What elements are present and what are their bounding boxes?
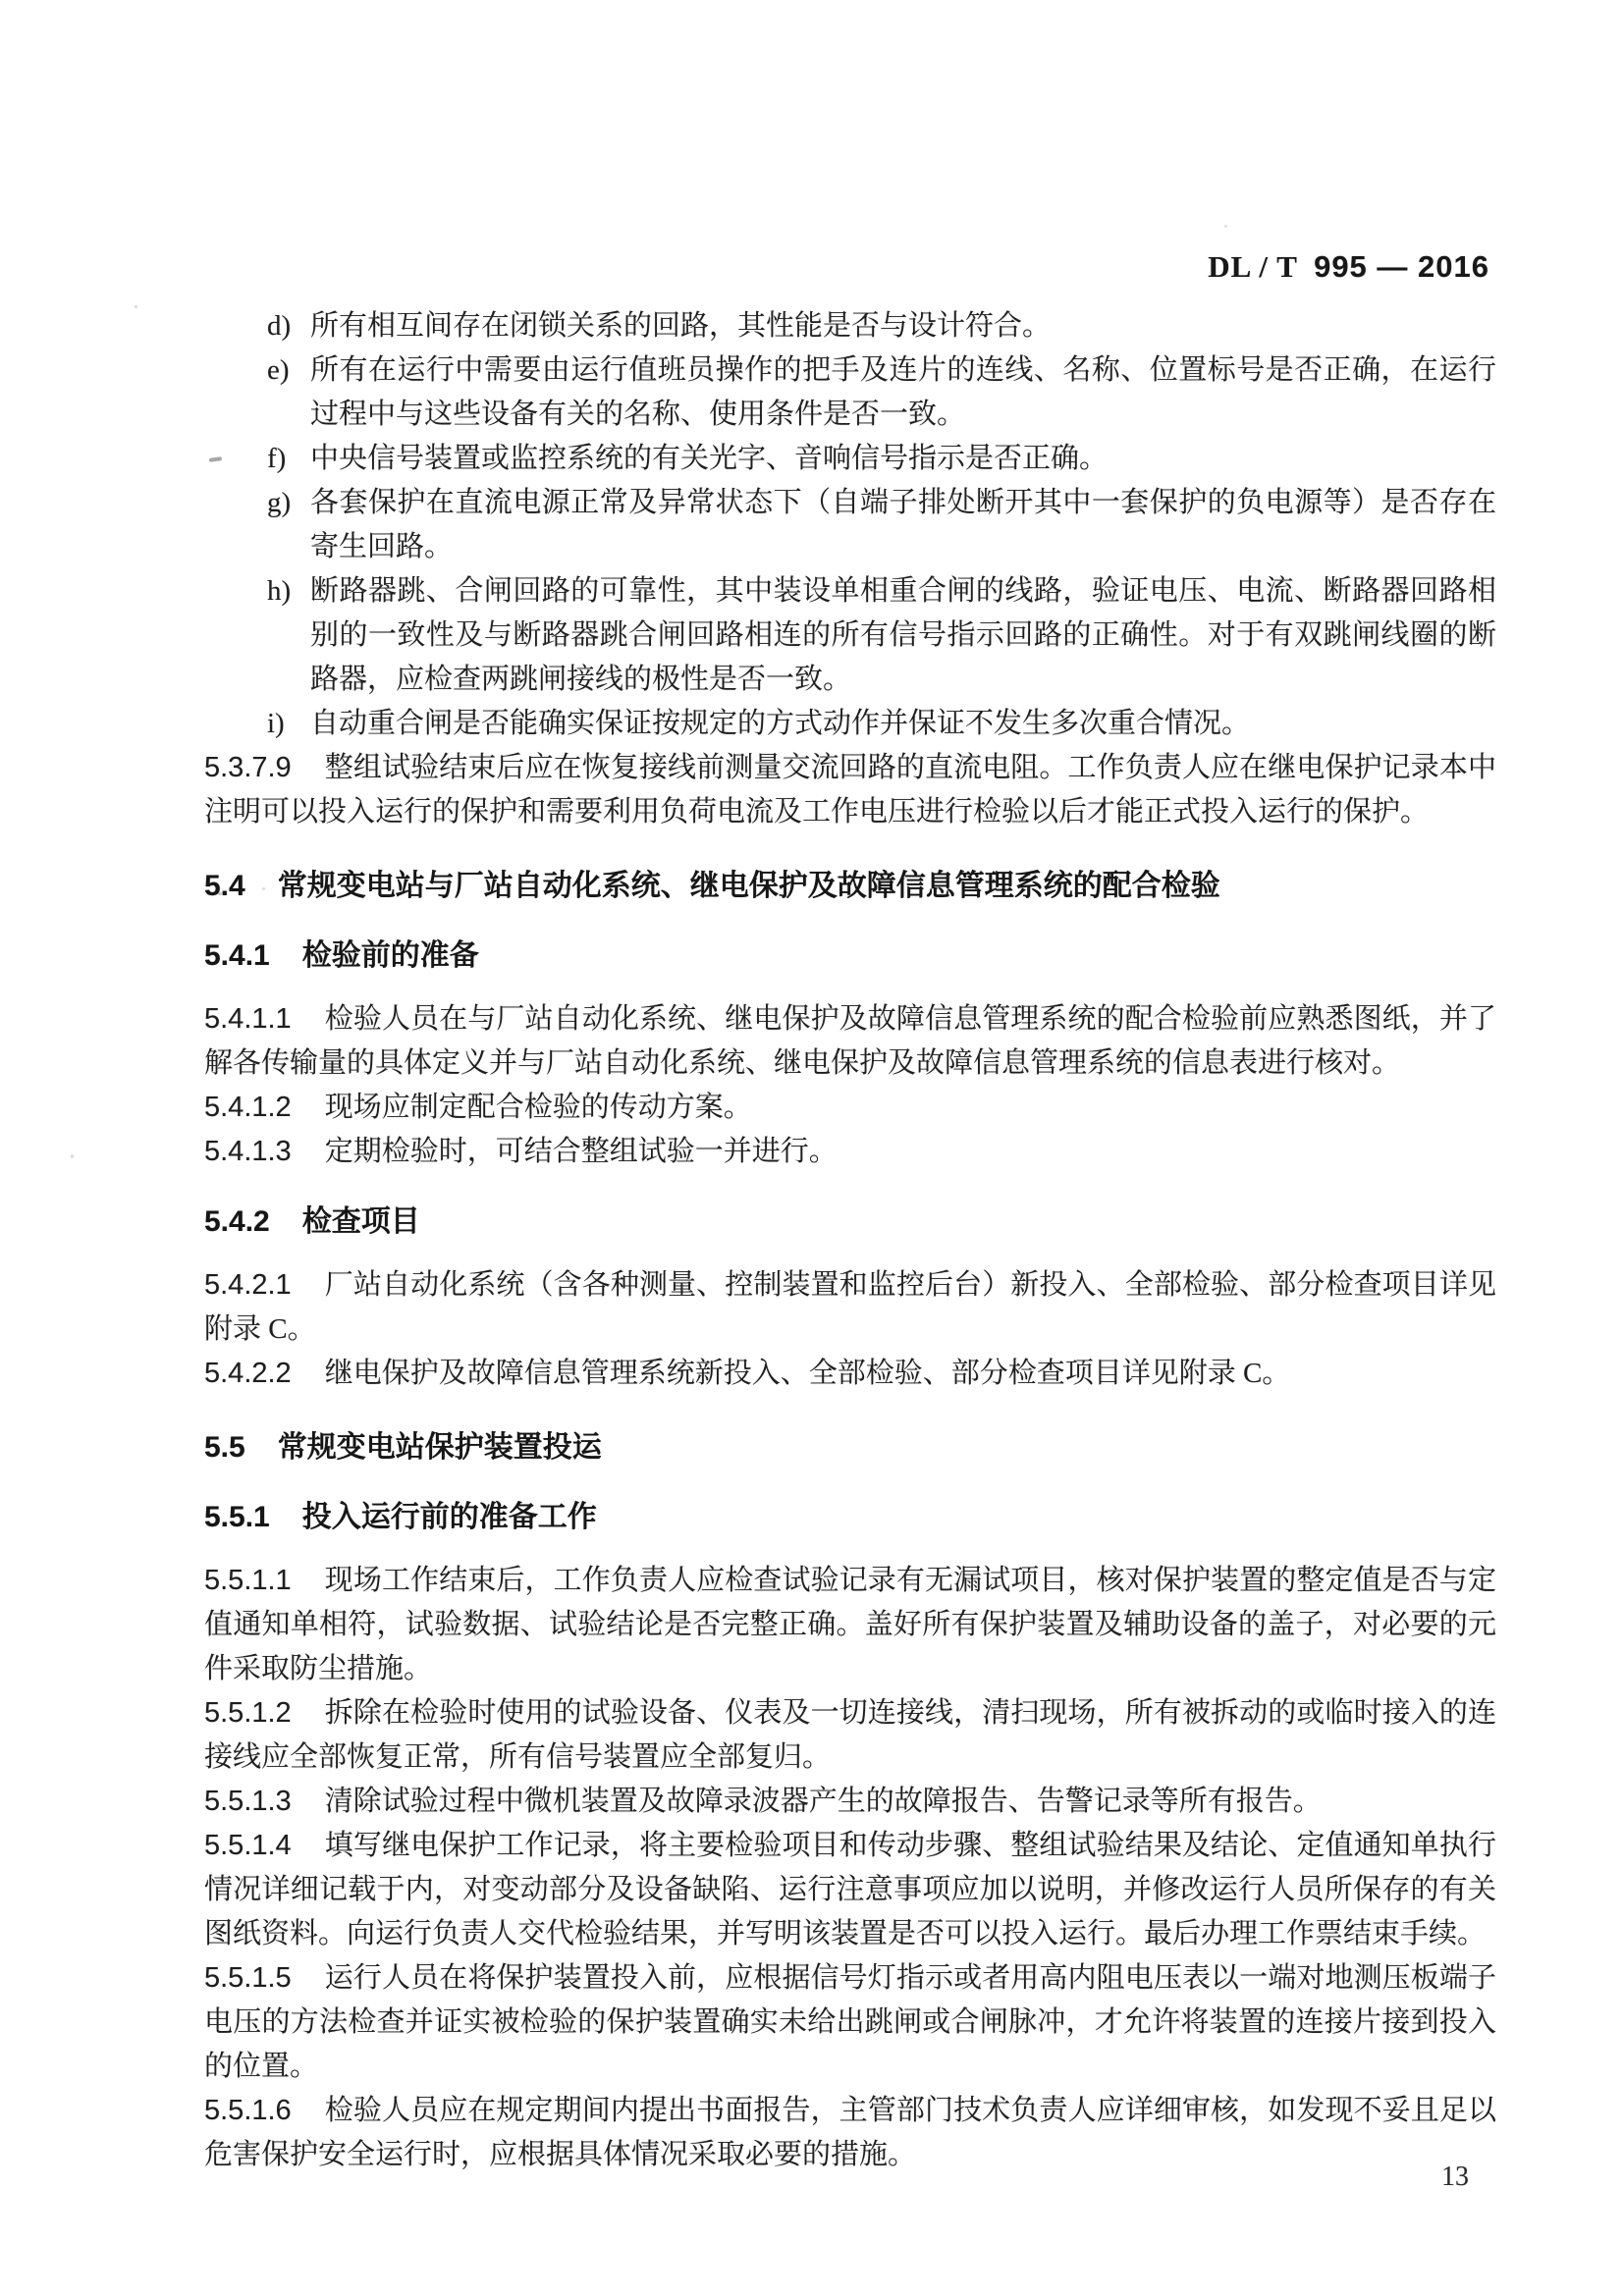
scan-speck (135, 305, 137, 308)
list-item-label: f) (267, 437, 310, 481)
scan-speck (71, 1154, 74, 1158)
heading-number: 5.4.1 (204, 939, 270, 972)
list-item-text: 所有相互间存在闭锁关系的回路，其性能是否与设计符合。 (310, 310, 1051, 342)
heading-title: 投入运行前的准备工作 (302, 1501, 597, 1533)
page-body: d) 所有相互间存在闭锁关系的回路，其性能是否与设计符合。 e) 所有在运行中需… (204, 304, 1496, 2177)
clause-number: 5.4.2.2 (204, 1358, 292, 1389)
list-item-text: 断路器跳、合闸回路的可靠性，其中装设单相重合闸的线路，验证电压、电流、断路器回路… (310, 575, 1496, 695)
clause-number: 5.5.1.6 (204, 2095, 292, 2126)
heading-title: 检验前的准备 (302, 939, 479, 972)
list-item-h: h) 断路器跳、合闸回路的可靠性，其中装设单相重合闸的线路，验证电压、电流、断路… (204, 569, 1496, 702)
page-number: 13 (1441, 2162, 1469, 2193)
section-heading-5-4: 5.4常规变电站与厂站自动化系统、继电保护及故障信息管理系统的配合检验 (204, 864, 1496, 908)
clause-5-4-2-1: 5.4.2.1厂站自动化系统（含各种测量、控制装置和监控后台）新投入、全部检验、… (204, 1263, 1496, 1352)
standard-code-prefix: DL / T (1208, 249, 1297, 284)
list-item-i: i) 自动重合闸是否能确实保证按规定的方式动作并保证不发生多次重合情况。 (204, 702, 1496, 746)
heading-title: 检查项目 (302, 1205, 420, 1238)
section-heading-5-4-1: 5.4.1检验前的准备 (204, 934, 1496, 978)
list-item-g: g) 各套保护在直流电源正常及异常状态下（自端子排处断开其中一套保护的负电源等）… (204, 481, 1496, 569)
clause-5-5-1-3: 5.5.1.3清除试验过程中微机装置及故障录波器产生的故障报告、告警记录等所有报… (204, 1780, 1496, 1824)
clause-number: 5.4.1.2 (204, 1092, 292, 1123)
clause-5-5-1-2: 5.5.1.2拆除在检验时使用的试验设备、仪表及一切连接线，清扫现场，所有被拆动… (204, 1691, 1496, 1780)
section-heading-5-4-2: 5.4.2检查项目 (204, 1200, 1496, 1244)
list-item-text: 各套保护在直流电源正常及异常状态下（自端子排处断开其中一套保护的负电源等）是否存… (310, 487, 1496, 562)
clause-text: 现场应制定配合检验的传动方案。 (325, 1092, 752, 1123)
list-item-e: e) 所有在运行中需要由运行值班员操作的把手及连片的连线、名称、位置标号是否正确… (204, 348, 1496, 437)
heading-title: 常规变电站保护装置投运 (278, 1431, 602, 1464)
clause-5-4-1-3: 5.4.1.3定期检验时，可结合整组试验一并进行。 (204, 1130, 1496, 1174)
scan-speck (1224, 225, 1227, 228)
list-item-text: 中央信号装置或监控系统的有关光字、音响信号指示是否正确。 (310, 443, 1108, 474)
clause-number: 5.4.1.3 (204, 1136, 292, 1167)
list-item-f: f) 中央信号装置或监控系统的有关光字、音响信号指示是否正确。 (204, 437, 1496, 481)
clause-5-5-1-5: 5.5.1.5运行人员在将保护装置投入前，应根据信号灯指示或者用高内阻电压表以一… (204, 1956, 1496, 2089)
list-item-label: d) (267, 304, 310, 348)
clause-text: 厂站自动化系统（含各种测量、控制装置和监控后台）新投入、全部检验、部分检查项目详… (204, 1269, 1496, 1345)
clause-text: 拆除在检验时使用的试验设备、仪表及一切连接线，清扫现场，所有被拆动的或临时接入的… (204, 1697, 1496, 1773)
list-item-label: h) (267, 569, 310, 614)
clause-number: 5.4.1.1 (204, 1003, 292, 1035)
clause-5-5-1-1: 5.5.1.1现场工作结束后，工作负责人应检查试验记录有无漏试项目，核对保护装置… (204, 1559, 1496, 1691)
clause-text: 现场工作结束后，工作负责人应检查试验记录有无漏试项目，核对保护装置的整定值是否与… (204, 1565, 1496, 1684)
heading-number: 5.4.2 (204, 1205, 270, 1238)
clause-number: 5.5.1.4 (204, 1830, 292, 1861)
clause-5-4-2-2: 5.4.2.2继电保护及故障信息管理系统新投入、全部检验、部分检查项目详见附录 … (204, 1352, 1496, 1396)
heading-number: 5.5 (204, 1431, 245, 1464)
clause-text: 运行人员在将保护装置投入前，应根据信号灯指示或者用高内阻电压表以一端对地测压板端… (204, 1962, 1496, 2082)
list-item-label: g) (267, 481, 310, 525)
clause-number: 5.5.1.5 (204, 1962, 292, 1994)
heading-number: 5.4 (204, 870, 245, 902)
standard-code-number: 995 — 2016 (1314, 249, 1489, 284)
clause-number: 5.3.7.9 (204, 752, 292, 783)
clause-text: 继电保护及故障信息管理系统新投入、全部检验、部分检查项目详见附录 C。 (325, 1358, 1291, 1389)
standard-code-header: DL / T 995 — 2016 (1208, 249, 1489, 285)
clause-text: 填写继电保护工作记录，将主要检验项目和传动步骤、整组试验结果及结论、定值通知单执… (204, 1830, 1496, 1949)
clause-text: 检验人员在与厂站自动化系统、继电保护及故障信息管理系统的配合检验前应熟悉图纸，并… (204, 1003, 1496, 1079)
clause-5-4-1-2: 5.4.1.2现场应制定配合检验的传动方案。 (204, 1086, 1496, 1130)
list-item-label: e) (267, 348, 310, 393)
list-item-text: 所有在运行中需要由运行值班员操作的把手及连片的连线、名称、位置标号是否正确，在运… (310, 354, 1496, 430)
scan-speck (262, 887, 265, 890)
section-heading-5-5: 5.5常规变电站保护装置投运 (204, 1425, 1496, 1469)
clause-number: 5.5.1.2 (204, 1697, 292, 1729)
heading-title: 常规变电站与厂站自动化系统、继电保护及故障信息管理系统的配合检验 (278, 870, 1220, 902)
clause-5-3-7-9: 5.3.7.9整组试验结束后应在恢复接线前测量交流回路的直流电阻。工作负责人应在… (204, 746, 1496, 834)
document-page: DL / T 995 — 2016 d) 所有相互间存在闭锁关系的回路，其性能是… (0, 0, 1623, 2296)
scan-speck (218, 892, 222, 895)
clause-text: 检验人员应在规定期间内提出书面报告，主管部门技术负责人应详细审核，如发现不妥且足… (204, 2095, 1496, 2170)
section-heading-5-5-1: 5.5.1投入运行前的准备工作 (204, 1495, 1496, 1539)
clause-5-4-1-1: 5.4.1.1检验人员在与厂站自动化系统、继电保护及故障信息管理系统的配合检验前… (204, 997, 1496, 1086)
clause-text: 清除试验过程中微机装置及故障录波器产生的故障报告、告警记录等所有报告。 (325, 1786, 1322, 1817)
clause-text: 整组试验结束后应在恢复接线前测量交流回路的直流电阻。工作负责人应在继电保护记录本… (204, 752, 1496, 828)
clause-text: 定期检验时，可结合整组试验一并进行。 (325, 1136, 838, 1167)
clause-number: 5.5.1.1 (204, 1565, 292, 1596)
heading-number: 5.5.1 (204, 1501, 270, 1533)
clause-number: 5.5.1.3 (204, 1786, 292, 1817)
list-item-text: 自动重合闸是否能确实保证按规定的方式动作并保证不发生多次重合情况。 (310, 708, 1250, 739)
clause-5-5-1-4: 5.5.1.4填写继电保护工作记录，将主要检验项目和传动步骤、整组试验结果及结论… (204, 1824, 1496, 1956)
list-item-d: d) 所有相互间存在闭锁关系的回路，其性能是否与设计符合。 (204, 304, 1496, 348)
clause-number: 5.4.2.1 (204, 1269, 292, 1301)
clause-5-5-1-6: 5.5.1.6检验人员应在规定期间内提出书面报告，主管部门技术负责人应详细审核，… (204, 2089, 1496, 2177)
list-item-label: i) (267, 702, 310, 746)
